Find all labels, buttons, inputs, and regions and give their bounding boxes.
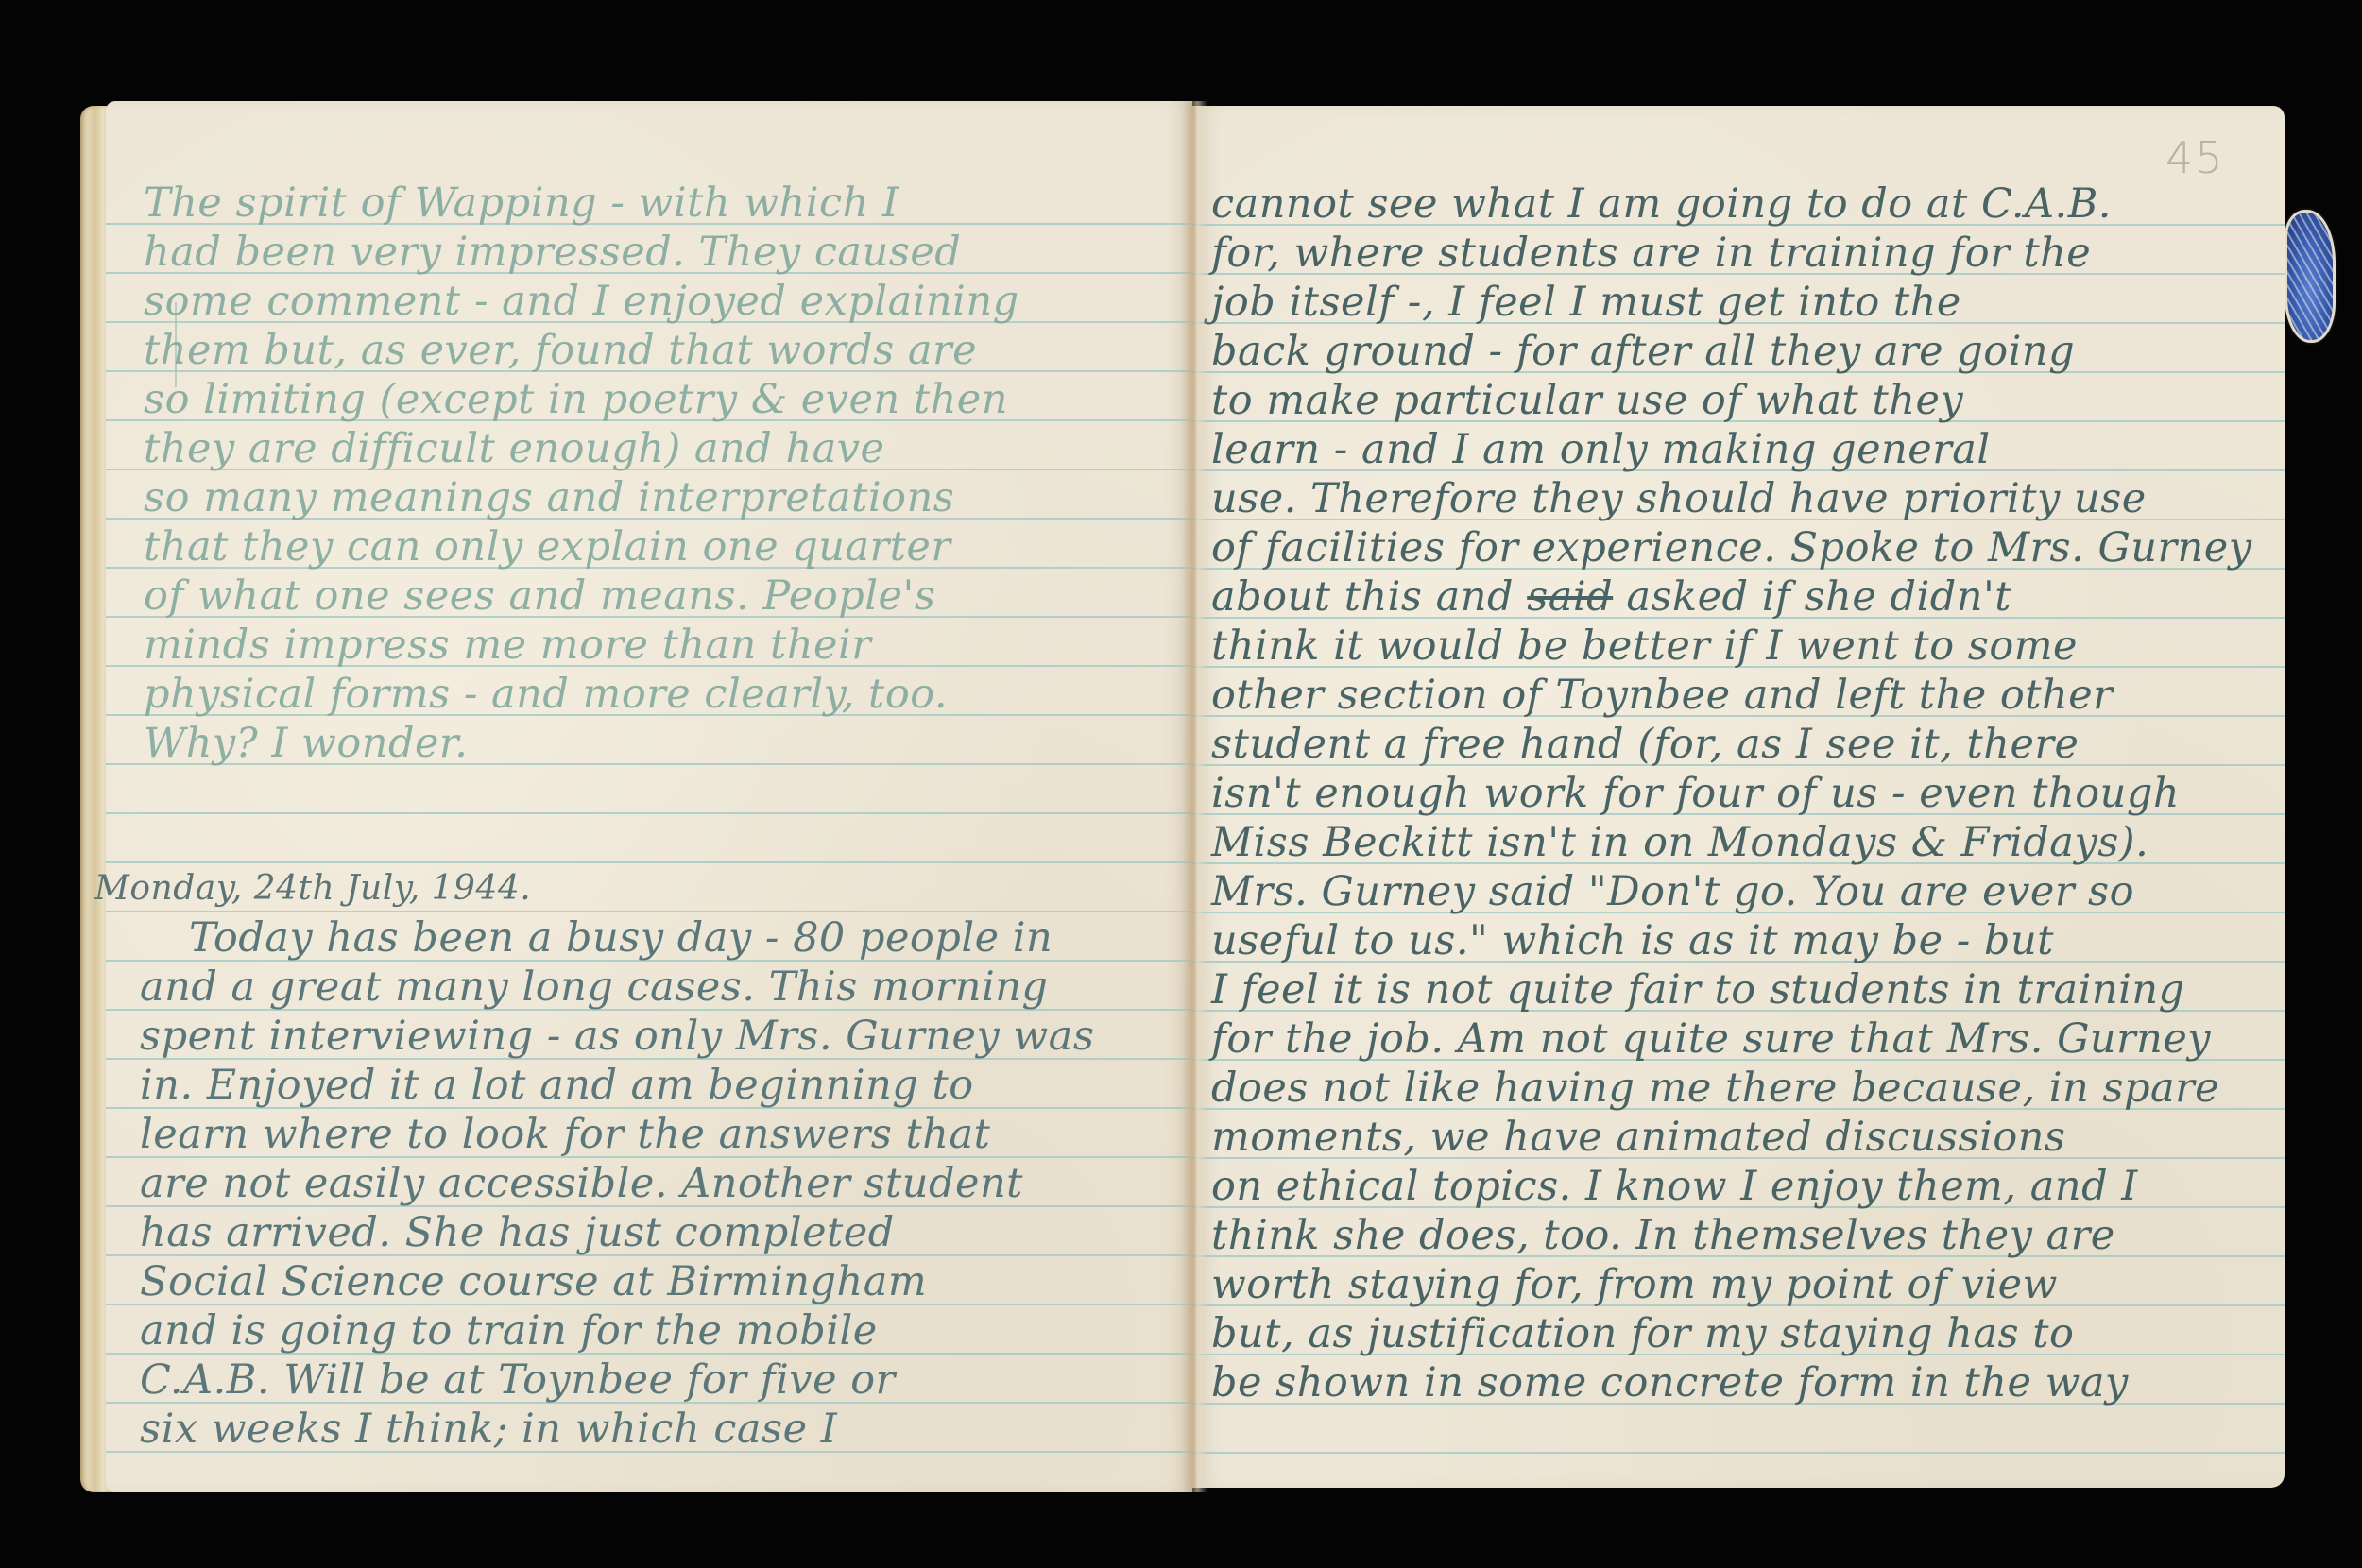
text-line: think she does, too. In themselves they …: [1211, 1211, 2115, 1260]
text-line: student a free hand (for, as I see it, t…: [1211, 720, 2079, 769]
text-line: C.A.B. Will be at Toynbee for five or: [140, 1355, 896, 1405]
text-line: minds impress me more than their: [144, 621, 871, 670]
text-line: The spirit of Wapping - with which I: [144, 179, 899, 228]
text-line: of facilities for experience. Spoke to M…: [1211, 523, 2252, 572]
text-line: cannot see what I am going to do at C.A.…: [1211, 179, 2112, 229]
text-line: some comment - and I enjoyed explaining: [144, 277, 1019, 326]
text-line: Mrs. Gurney said "Don't go. You are ever…: [1211, 867, 2134, 916]
text-line: Why? I wonder.: [144, 719, 468, 768]
text-line: for the job. Am not quite sure that Mrs.…: [1211, 1014, 2211, 1064]
notebook-scene: The spirit of Wapping - with which I had…: [0, 0, 2362, 1568]
text-line: them but, as ever, found that words are: [144, 326, 977, 375]
text-line: back ground - for after all they are goi…: [1211, 327, 2075, 376]
text-line: had been very impressed. They caused: [144, 228, 961, 277]
text-line: in. Enjoyed it a lot and am beginning to: [140, 1061, 974, 1110]
text-line: use. Therefore they should have priority…: [1211, 474, 2147, 523]
text-line: useful to us." which is as it may be - b…: [1211, 916, 2054, 965]
page-number: 45: [2165, 132, 2225, 183]
text-line: but, as justification for my staying has…: [1211, 1309, 2074, 1358]
text-line: so limiting (except in poetry & even the…: [144, 375, 1008, 424]
text-line: I feel it is not quite fair to students …: [1211, 965, 2185, 1014]
torn-blue-paper-fragment: [2285, 210, 2336, 343]
text-line: of what one sees and means. People's: [144, 571, 935, 621]
text-line: does not like having me there because, i…: [1211, 1064, 2219, 1113]
text-line: moments, we have animated discussions: [1211, 1113, 2066, 1162]
text-line: be shown in some concrete form in the wa…: [1211, 1358, 2129, 1407]
rule-line: [106, 861, 1192, 863]
text-line: so many meanings and interpretations: [144, 473, 954, 522]
text-line: has arrived. She has just completed: [140, 1208, 895, 1257]
text-line: and is going to train for the mobile: [140, 1306, 878, 1355]
text-line: isn't enough work for four of us - even …: [1211, 769, 2180, 818]
text-line: they are difficult enough) and have: [144, 424, 885, 473]
text-line: to make particular use of what they: [1211, 376, 1963, 425]
text-line: physical forms - and more clearly, too.: [144, 670, 948, 719]
text-line: for, where students are in training for …: [1211, 229, 2091, 278]
text-line: Social Science course at Birmingham: [140, 1257, 927, 1306]
text-line: other section of Toynbee and left the ot…: [1211, 671, 2113, 720]
text-fragment: about this and: [1211, 573, 1527, 621]
text-line: learn - and I am only making general: [1211, 425, 1991, 474]
text-line: and a great many long cases. This mornin…: [140, 963, 1048, 1012]
text-line: Miss Beckitt isn't in on Mondays & Frida…: [1211, 818, 2148, 867]
text-line: that they can only explain one quarter: [144, 522, 950, 571]
struck-out-word: said: [1527, 573, 1613, 621]
left-page: The spirit of Wapping - with which I had…: [106, 101, 1192, 1492]
text-line-with-correction: about this and said asked if she didn't: [1211, 572, 2011, 622]
text-line: spent interviewing - as only Mrs. Gurney…: [140, 1012, 1094, 1061]
text-line: Today has been a busy day - 80 people in: [189, 913, 1053, 963]
rule-line: [106, 812, 1192, 814]
rule-line: [1192, 1452, 2285, 1454]
text-line: job itself -, I feel I must get into the: [1211, 278, 1961, 327]
text-line: on ethical topics. I know I enjoy them, …: [1211, 1162, 2138, 1211]
entry-date: Monday, 24th July, 1944.: [94, 864, 531, 913]
text-line: are not easily accessible. Another stude…: [140, 1159, 1023, 1208]
text-line: think it would be better if I went to so…: [1211, 622, 2078, 671]
text-line: worth staying for, from my point of view: [1211, 1260, 2058, 1309]
text-fragment: asked if she didn't: [1613, 573, 2011, 621]
text-line: six weeks I think; in which case I: [140, 1405, 837, 1454]
text-line: learn where to look for the answers that: [140, 1110, 990, 1159]
right-page: 45 cannot see what I am going to do at C…: [1192, 106, 2285, 1488]
